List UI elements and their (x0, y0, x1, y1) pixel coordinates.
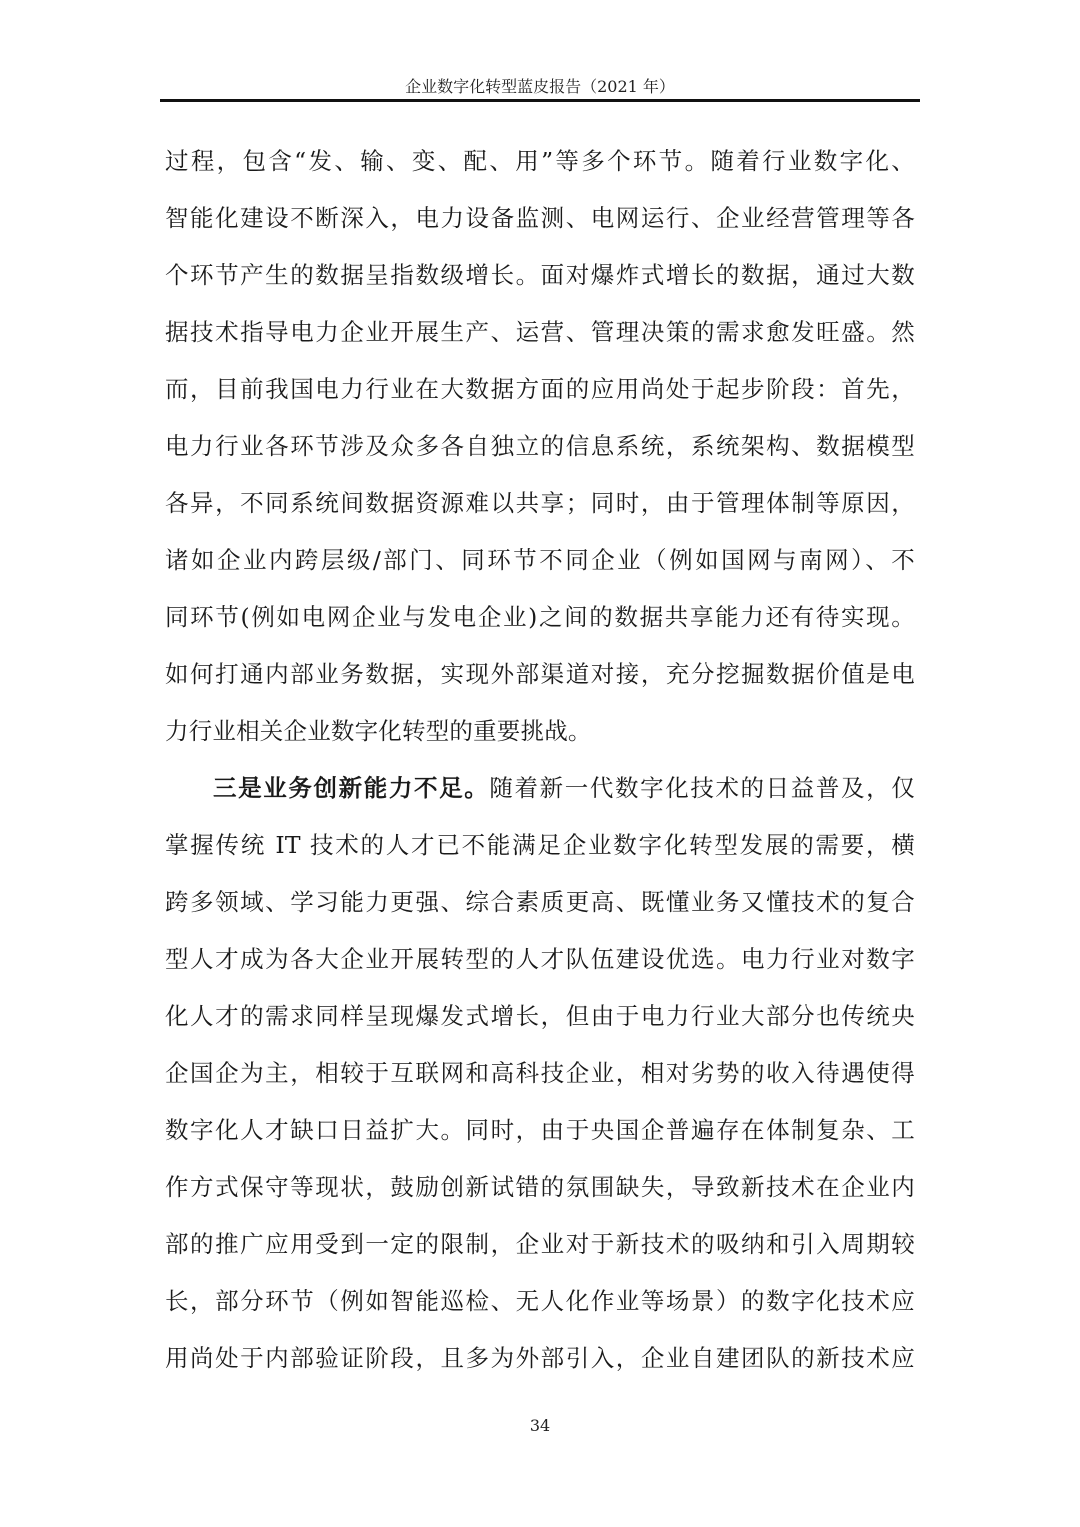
body-text: 过程，包含“发、输、变、配、用”等多个环节。随着行业数字化、 智能化建设不断深入… (165, 133, 915, 1387)
text-line: 企国企为主，相较于互联网和高科技企业，相对劣势的收入待遇使得 (165, 1045, 915, 1102)
text-line: 跨多领域、学习能力更强、综合素质更高、既懂业务又懂技术的复合 (165, 874, 915, 931)
text-line: 个环节产生的数据呈指数级增长。面对爆炸式增长的数据，通过大数 (165, 247, 915, 304)
text-line: 同环节(例如电网企业与发电企业)之间的数据共享能力还有待实现。 (165, 589, 915, 646)
page-number: 34 (0, 1416, 1080, 1435)
text-line: 如何打通内部业务数据，实现外部渠道对接，充分挖掘数据价值是电 (165, 646, 915, 703)
header-rule (160, 99, 920, 102)
text-line: 化人才的需求同样呈现爆发式增长，但由于电力行业大部分也传统央 (165, 988, 915, 1045)
text-line: 诸如企业内跨层级/部门、同环节不同企业（例如国网与南网）、不 (165, 532, 915, 589)
text-line: 智能化建设不断深入，电力设备监测、电网运行、企业经营管理等各 (165, 190, 915, 247)
text-line: 作方式保守等现状，鼓励创新试错的氛围缺失，导致新技术在企业内 (165, 1159, 915, 1216)
paragraph-innovation-capacity: 三是业务创新能力不足。随着新一代数字化技术的日益普及，仅 掌握传统 IT 技术的… (165, 760, 915, 1387)
text-line: 掌握传统 IT 技术的人才已不能满足企业数字化转型发展的需要，横 (165, 817, 915, 874)
text-line: 电力行业各环节涉及众多各自独立的信息系统，系统架构、数据模型 (165, 418, 915, 475)
running-header: 企业数字化转型蓝皮报告（2021 年） (160, 76, 920, 98)
text-line: 据技术指导电力企业开展生产、运营、管理决策的需求愈发旺盛。然 (165, 304, 915, 361)
text-line: 各异，不同系统间数据资源难以共享；同时，由于管理体制等原因， (165, 475, 915, 532)
text-line: 用尚处于内部验证阶段，且多为外部引入，企业自建团队的新技术应 (165, 1330, 915, 1387)
text-line: 长，部分环节（例如智能巡检、无人化作业等场景）的数字化技术应 (165, 1273, 915, 1330)
text-line: 而，目前我国电力行业在大数据方面的应用尚处于起步阶段：首先， (165, 361, 915, 418)
text-line: 数字化人才缺口日益扩大。同时，由于央国企普遍存在体制复杂、工 (165, 1102, 915, 1159)
text-line-first: 三是业务创新能力不足。随着新一代数字化技术的日益普及，仅 (165, 760, 915, 817)
paragraph-lead-heading: 三是业务创新能力不足。 (213, 774, 489, 802)
text-line: 过程，包含“发、输、变、配、用”等多个环节。随着行业数字化、 (165, 133, 915, 190)
paragraph-lead-rest: 随着新一代数字化技术的日益普及，仅 (489, 774, 915, 802)
text-line: 部的推广应用受到一定的限制，企业对于新技术的吸纳和引入周期较 (165, 1216, 915, 1273)
text-line: 型人才成为各大企业开展转型的人才队伍建设优选。电力行业对数字 (165, 931, 915, 988)
text-line: 力行业相关企业数字化转型的重要挑战。 (165, 703, 915, 760)
paragraph-data-challenge: 过程，包含“发、输、变、配、用”等多个环节。随着行业数字化、 智能化建设不断深入… (165, 133, 915, 760)
